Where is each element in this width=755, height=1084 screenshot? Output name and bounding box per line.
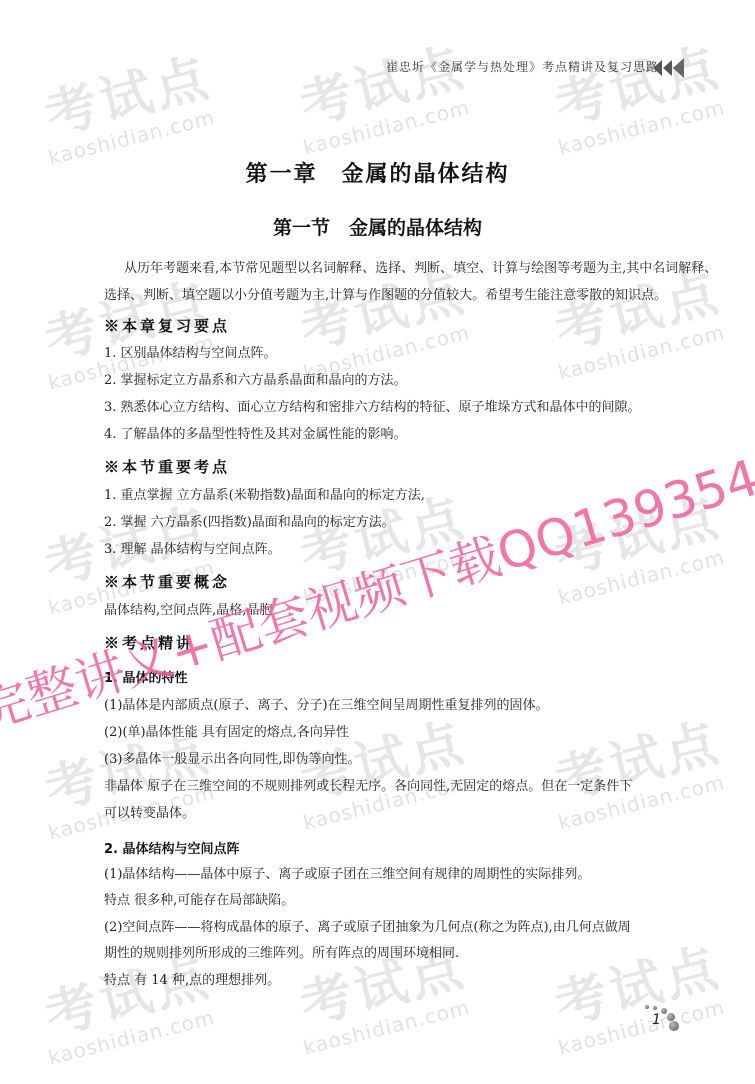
amorphous-text-2: 可以转变晶体。 (104, 807, 195, 821)
review-item: 3. 熟悉体心立方结构、面心立方结构和密排六方结构的特征、原子堆垛方式和晶体中的… (104, 401, 641, 415)
key-point-item: 3. 理解 晶体结构与空间点阵。 (104, 543, 281, 557)
key-points-heading: ※本节重要考点 (104, 456, 230, 477)
intro-line-1: 从历年考题来看,本节常见题型以名词解释、选择、判断、填空、计算与绘图等考题为主,… (124, 262, 717, 276)
triple-left-arrow-icon (653, 60, 684, 78)
review-item: 2. 掌握标定立方晶系和六方晶系晶面和晶向的方法。 (104, 374, 407, 388)
crystal-property-item: (3)多晶体一般显示出各向同性,即伪等向性。 (104, 753, 361, 767)
running-header: 崔忠圻《金属学与热处理》考点精讲及复习思路 (386, 58, 659, 75)
page-decoration-dots-icon (645, 1003, 685, 1033)
chapter-title: 第一章 金属的晶体结构 (0, 157, 755, 188)
section-title: 第一节 金属的晶体结构 (0, 213, 755, 240)
space-lattice-def-2: 期性的规则排列所形成的三维阵列。所有阵点的周围环境相同. (104, 947, 459, 961)
intro-line-2: 选择、判断、填空题以小分值考题为主,计算与作图题的分值较大。希望考生能注意零散的… (104, 289, 667, 303)
crystal-property-item: (1)晶体是内部质点(原子、离子、分子)在三维空间呈周期性重复排列的固体。 (104, 699, 549, 713)
space-lattice-feature: 特点 有 14 种,点的理想排列。 (104, 974, 280, 988)
review-item: 1. 区别晶体结构与空间点阵。 (104, 347, 277, 361)
key-point-item: 2. 掌握 六方晶系(四指数)晶面和晶向的标定方法。 (104, 516, 395, 530)
watermark-logo: 考试点kaoshidian.com (295, 264, 477, 382)
chapter-review-heading: ※本章复习要点 (104, 315, 230, 336)
space-lattice-def-1: (2)空间点阵——将构成晶体的原子、离子或原子团抽象为几何点(称之为阵点),由几… (104, 921, 631, 935)
subsection-title: 2. 晶体结构与空间点阵 (104, 838, 240, 857)
review-item: 4. 了解晶体的多晶型性特性及其对金属性能的影响。 (104, 428, 407, 442)
watermark-logo: 考试点kaoshidian.com (40, 949, 222, 1067)
watermark-logo: 考试点kaoshidian.com (40, 49, 222, 167)
watermark-logo: 考试点kaoshidian.com (550, 264, 732, 382)
crystal-property-item: (2)(单)晶体性能 具有固定的熔点,各向异性 (104, 726, 349, 740)
crystal-structure-feature: 特点 很多种,可能存在局部缺陷。 (104, 894, 294, 908)
page-number: 1 (652, 1012, 661, 1028)
watermark-logo: 考试点kaoshidian.com (550, 939, 732, 1057)
key-point-item: 1. 重点掌握 立方晶系(米勒指数)晶面和晶向的标定方法, (104, 489, 425, 503)
watermark-logo: 考试点kaoshidian.com (550, 714, 732, 832)
amorphous-text-1: 非晶体 原子在三维空间的不规则排列或长程无序。各向同性,无固定的熔点。但在一定条… (104, 780, 632, 794)
crystal-structure-def: (1)晶体结构——晶体中原子、离子或原子团在三维空间有规律的周期性的实际排列。 (104, 868, 590, 882)
key-concepts-heading: ※本节重要概念 (104, 571, 230, 592)
